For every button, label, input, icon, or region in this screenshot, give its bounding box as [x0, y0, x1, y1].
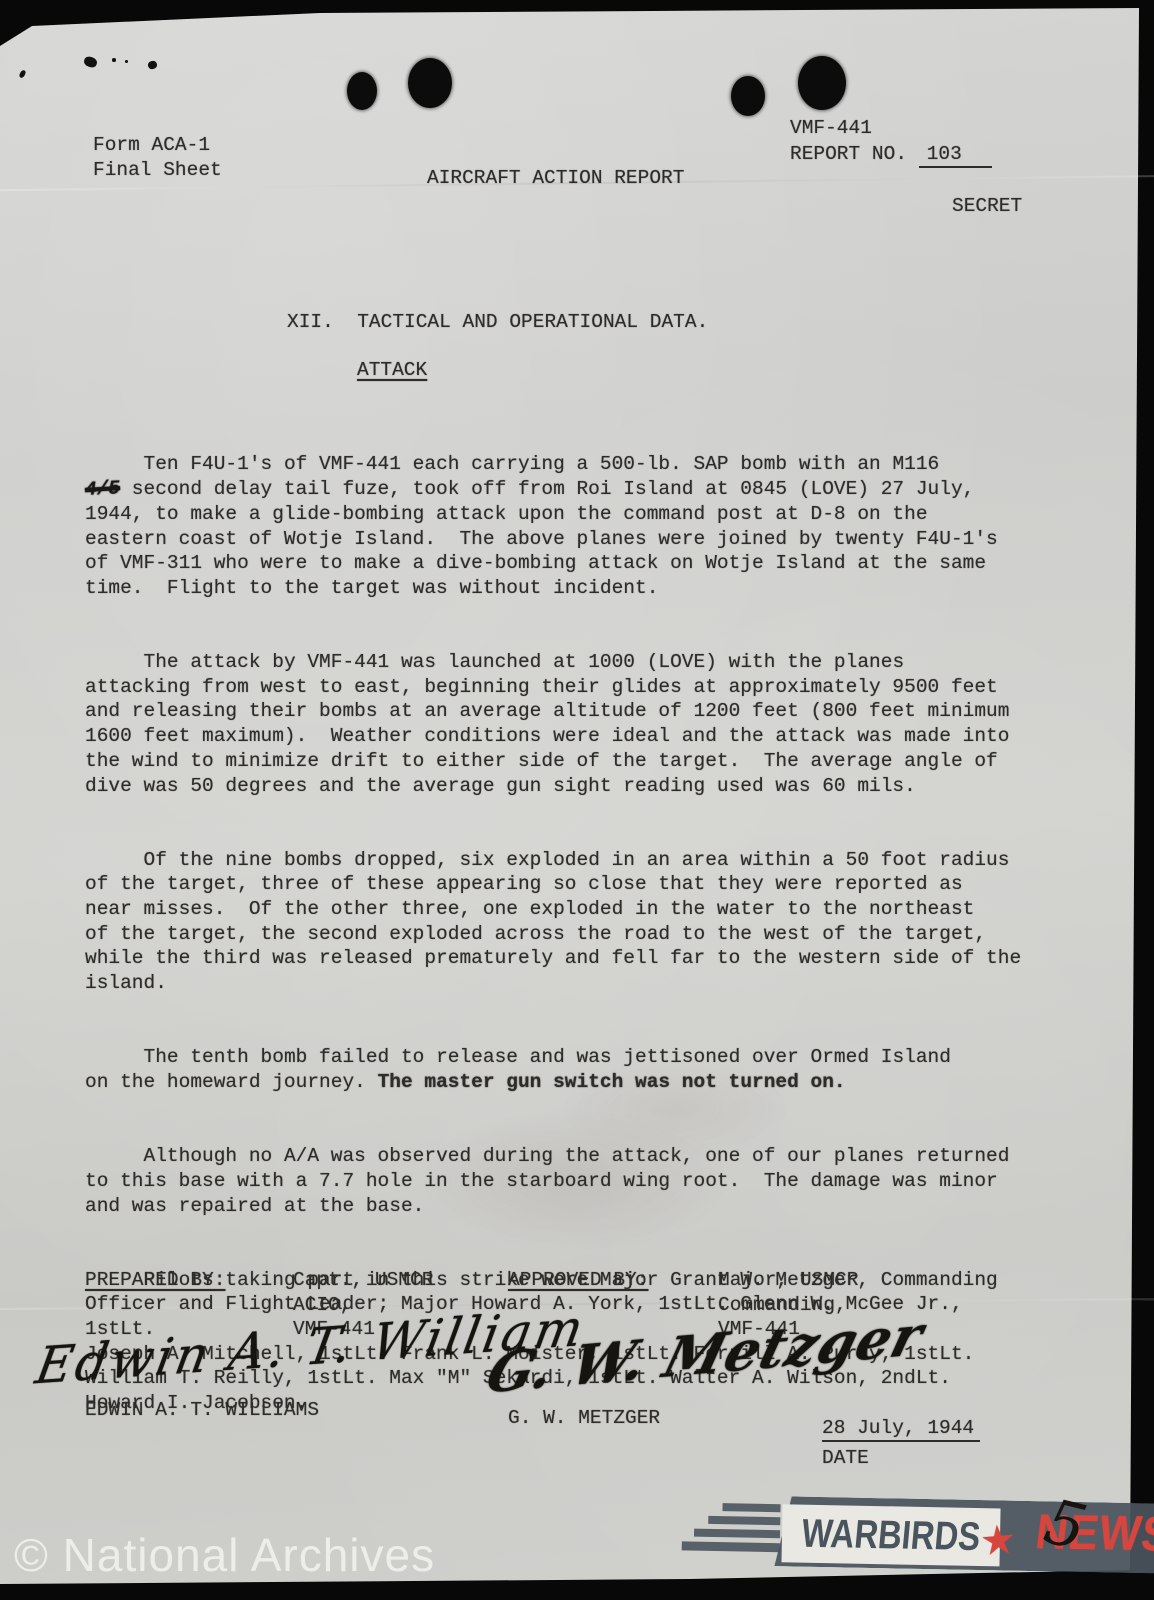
national-archives-watermark: © National Archives: [14, 1528, 435, 1582]
form-id-line1: Form ACA-1: [93, 133, 210, 158]
date-value: 28 July, 1944: [822, 1417, 980, 1442]
ink-speck: [112, 58, 116, 62]
report-number-line: REPORT NO. 103: [790, 142, 992, 167]
report-number-value: 103: [919, 143, 992, 168]
date-line: 28 July, 1944: [822, 1416, 980, 1441]
para1-text-rest: second delay tail fuze, took off from Ro…: [85, 478, 998, 599]
scanned-document-page: Form ACA-1 Final Sheet AIRCRAFT ACTION R…: [0, 0, 1154, 1600]
approved-by-name: G. W. METZGER: [508, 1406, 660, 1431]
squadron-id: VMF-441: [790, 116, 872, 141]
section-subheading: ATTACK: [357, 358, 427, 383]
logo-stripe: [722, 1503, 780, 1512]
report-number-label: REPORT NO.: [790, 143, 907, 165]
document-title: AIRCRAFT ACTION REPORT: [427, 166, 684, 191]
logo-stripe: [682, 1541, 780, 1552]
logo-wordmark-box: WARBIRDS: [781, 1504, 1000, 1566]
classification-stamp: SECRET: [952, 194, 1022, 219]
prepared-by-name: EDWIN A. T. WILLIAMS: [85, 1398, 319, 1423]
logo-warbirds-text: WARBIRDS: [800, 1511, 983, 1559]
paragraph-damage: Although no A/A was observed during the …: [85, 1144, 1033, 1218]
paragraph-results: Of the nine bombs dropped, six exploded …: [85, 848, 1033, 996]
star-icon: ★: [978, 1502, 1017, 1573]
hole-punch-mark: [347, 72, 377, 110]
paragraph-attack-2: The attack by VMF-441 was launched at 10…: [85, 650, 1033, 798]
paragraph-tenth-bomb: The tenth bomb failed to release and was…: [85, 1045, 1033, 1094]
form-id-line2: Final Sheet: [93, 158, 222, 183]
para1-struck-text: 4/5: [84, 476, 120, 503]
para4-emphasized-text: The master gun switch was not turned on.: [378, 1071, 846, 1093]
logo-stripe: [708, 1516, 780, 1525]
paragraph-attack-1: Ten F4U-1's of VMF-441 each carrying a 5…: [85, 452, 1033, 600]
date-label: DATE: [822, 1446, 869, 1471]
section-heading: XII. TACTICAL AND OPERATIONAL DATA.: [287, 310, 708, 335]
hole-punch-mark: [408, 58, 452, 108]
ink-speck: [125, 60, 128, 63]
logo-stripe: [694, 1529, 780, 1539]
prepared-by-label: PREPARED BY:: [85, 1268, 225, 1293]
para1-text-start: Ten F4U-1's of VMF-441 each carrying a 5…: [85, 453, 939, 475]
hole-punch-mark: [731, 76, 765, 116]
approved-by-label: APPROVED BY:: [508, 1268, 648, 1293]
hole-punch-mark: [798, 56, 846, 110]
logo-speed-stripes: [690, 1502, 781, 1552]
